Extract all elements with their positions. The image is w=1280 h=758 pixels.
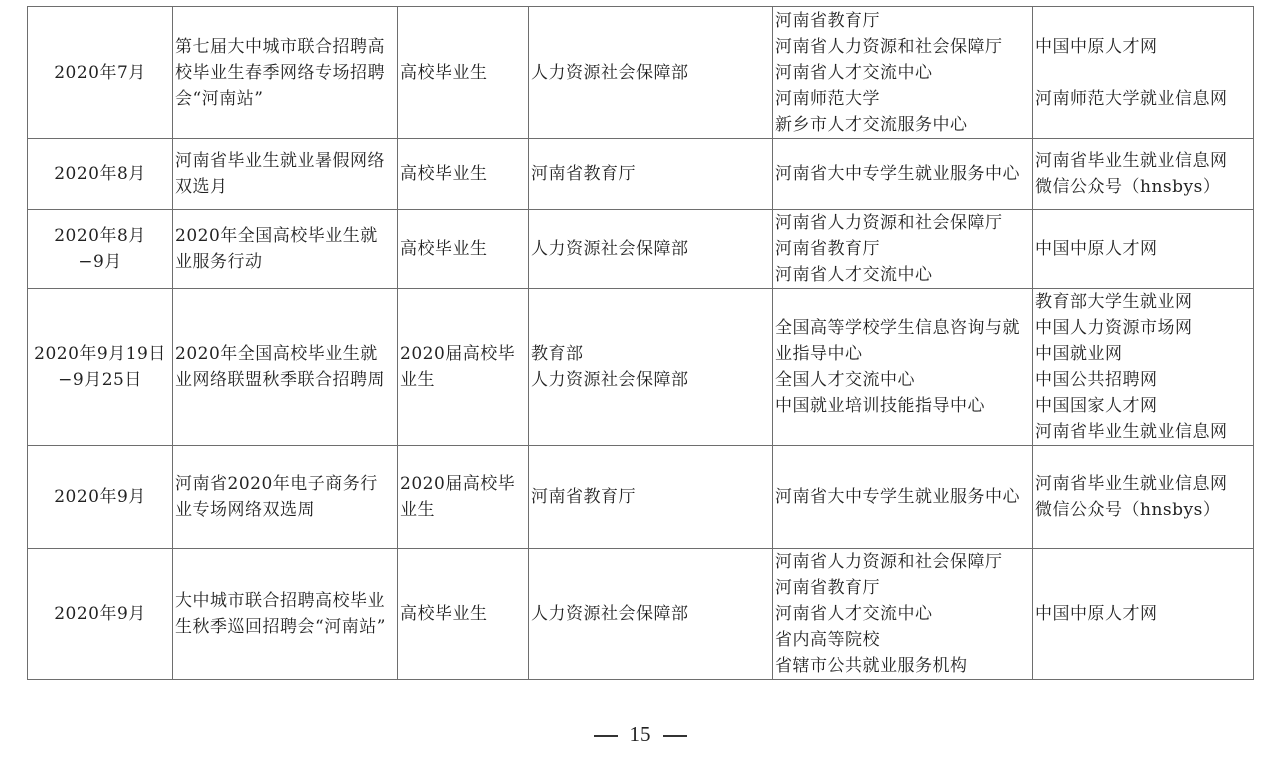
organizer-line: 河南省教育厅 — [531, 484, 770, 510]
platform-cell: 中国中原人才网 河南师范大学就业信息网 — [1033, 7, 1254, 139]
table-row: 2020年7月 第七届大中城市联合招聘高校毕业生春季网络专场招聘会“河南站” 高… — [28, 7, 1254, 139]
event-cell: 河南省2020年电子商务行业专场网络双选周 — [173, 446, 398, 549]
table-row: 2020年9月 大中城市联合招聘高校毕业生秋季巡回招聘会“河南站” 高校毕业生 … — [28, 549, 1254, 680]
table-row: 2020年8月 −9月 2020年全国高校毕业生就业服务行动 高校毕业生 人力资… — [28, 210, 1254, 289]
platform-line: 中国中原人才网 — [1035, 34, 1251, 60]
target-cell: 高校毕业生 — [398, 7, 529, 139]
target-cell: 2020届高校毕业生 — [398, 289, 529, 446]
undertaker-line: 河南省大中专学生就业服务中心 — [775, 484, 1030, 510]
date-line: 2020年8月 — [29, 223, 171, 249]
date-cell: 2020年9月19日 −9月25日 — [28, 289, 173, 446]
undertaker-line: 河南省人才交流中心 — [775, 60, 1030, 86]
platform-cell: 河南省毕业生就业信息网 微信公众号（hnsbys） — [1033, 139, 1254, 210]
date-line: 2020年8月 — [29, 161, 171, 187]
target-cell: 高校毕业生 — [398, 210, 529, 289]
organizer-line: 人力资源社会保障部 — [531, 236, 770, 262]
right-dash-decoration — [663, 735, 687, 737]
organizer-cell: 人力资源社会保障部 — [529, 7, 773, 139]
event-cell: 2020年全国高校毕业生就业服务行动 — [173, 210, 398, 289]
organizer-line: 教育部 — [531, 341, 770, 367]
undertaker-line: 河南省教育厅 — [775, 575, 1030, 601]
undertaker-cell: 河南省大中专学生就业服务中心 — [773, 139, 1033, 210]
platform-line: 中国就业网 — [1035, 341, 1251, 367]
page-number: 15 — [630, 722, 651, 746]
organizer-cell: 河南省教育厅 — [529, 446, 773, 549]
table-row: 2020年9月 河南省2020年电子商务行业专场网络双选周 2020届高校毕业生… — [28, 446, 1254, 549]
event-cell: 大中城市联合招聘高校毕业生秋季巡回招聘会“河南站” — [173, 549, 398, 680]
target-cell: 2020届高校毕业生 — [398, 446, 529, 549]
platform-cell: 中国中原人才网 — [1033, 549, 1254, 680]
recruitment-schedule-table: 2020年7月 第七届大中城市联合招聘高校毕业生春季网络专场招聘会“河南站” 高… — [27, 6, 1254, 680]
platform-line: 微信公众号（hnsbys） — [1035, 497, 1251, 523]
target-audience: 高校毕业生 — [400, 601, 526, 627]
platform-spacer — [1035, 60, 1251, 86]
target-audience: 高校毕业生 — [400, 60, 526, 86]
undertaker-line: 河南省教育厅 — [775, 236, 1030, 262]
event-cell: 河南省毕业生就业暑假网络双选月 — [173, 139, 398, 210]
platform-line: 河南师范大学就业信息网 — [1035, 86, 1251, 112]
date-line: −9月 — [29, 249, 171, 275]
undertaker-line: 河南省大中专学生就业服务中心 — [775, 161, 1030, 187]
undertaker-line: 河南省人才交流中心 — [775, 601, 1030, 627]
platform-cell: 中国中原人才网 — [1033, 210, 1254, 289]
event-name: 2020年全国高校毕业生就业服务行动 — [175, 223, 395, 275]
event-cell: 第七届大中城市联合招聘高校毕业生春季网络专场招聘会“河南站” — [173, 7, 398, 139]
undertaker-cell: 河南省人力资源和社会保障厅 河南省教育厅 河南省人才交流中心 省内高等院校 省辖… — [773, 549, 1033, 680]
platform-line: 河南省毕业生就业信息网 — [1035, 419, 1251, 445]
undertaker-line: 河南省教育厅 — [775, 8, 1030, 34]
organizer-line: 人力资源社会保障部 — [531, 601, 770, 627]
organizer-cell: 教育部 人力资源社会保障部 — [529, 289, 773, 446]
date-line: 2020年9月 — [29, 601, 171, 627]
date-cell: 2020年8月 −9月 — [28, 210, 173, 289]
platform-line: 中国人力资源市场网 — [1035, 315, 1251, 341]
platform-cell: 河南省毕业生就业信息网 微信公众号（hnsbys） — [1033, 446, 1254, 549]
date-line: 2020年9月 — [29, 484, 171, 510]
undertaker-line: 省辖市公共就业服务机构 — [775, 653, 1030, 679]
undertaker-line: 省内高等院校 — [775, 627, 1030, 653]
organizer-line: 人力资源社会保障部 — [531, 60, 770, 86]
date-cell: 2020年7月 — [28, 7, 173, 139]
undertaker-line: 中国就业培训技能指导中心 — [775, 393, 1030, 419]
target-audience: 高校毕业生 — [400, 236, 526, 262]
date-cell: 2020年9月 — [28, 446, 173, 549]
event-name: 第七届大中城市联合招聘高校毕业生春季网络专场招聘会“河南站” — [175, 34, 395, 112]
date-cell: 2020年8月 — [28, 139, 173, 210]
target-audience: 高校毕业生 — [400, 161, 526, 187]
date-cell: 2020年9月 — [28, 549, 173, 680]
undertaker-line: 河南师范大学 — [775, 86, 1030, 112]
target-audience: 2020届高校毕业生 — [400, 471, 526, 523]
undertaker-cell: 河南省大中专学生就业服务中心 — [773, 446, 1033, 549]
target-audience: 2020届高校毕业生 — [400, 341, 526, 393]
undertaker-line: 新乡市人才交流服务中心 — [775, 112, 1030, 138]
target-cell: 高校毕业生 — [398, 549, 529, 680]
undertaker-line: 河南省人才交流中心 — [775, 262, 1030, 288]
platform-line: 微信公众号（hnsbys） — [1035, 174, 1251, 200]
platform-line: 河南省毕业生就业信息网 — [1035, 471, 1251, 497]
date-line: 2020年9月19日 — [29, 341, 171, 367]
undertaker-line: 河南省人力资源和社会保障厅 — [775, 210, 1030, 236]
platform-line: 河南省毕业生就业信息网 — [1035, 148, 1251, 174]
event-name: 河南省2020年电子商务行业专场网络双选周 — [175, 471, 395, 523]
organizer-line: 河南省教育厅 — [531, 161, 770, 187]
date-line: 2020年7月 — [29, 60, 171, 86]
event-cell: 2020年全国高校毕业生就业网络联盟秋季联合招聘周 — [173, 289, 398, 446]
event-name: 河南省毕业生就业暑假网络双选月 — [175, 148, 395, 200]
left-dash-decoration — [594, 735, 618, 737]
platform-line: 中国公共招聘网 — [1035, 367, 1251, 393]
undertaker-line: 全国高等学校学生信息咨询与就业指导中心 — [775, 315, 1030, 367]
table-row: 2020年9月19日 −9月25日 2020年全国高校毕业生就业网络联盟秋季联合… — [28, 289, 1254, 446]
undertaker-line: 河南省人力资源和社会保障厅 — [775, 549, 1030, 575]
undertaker-line: 全国人才交流中心 — [775, 367, 1030, 393]
platform-line: 中国中原人才网 — [1035, 601, 1251, 627]
undertaker-cell: 河南省人力资源和社会保障厅 河南省教育厅 河南省人才交流中心 — [773, 210, 1033, 289]
organizer-cell: 人力资源社会保障部 — [529, 549, 773, 680]
organizer-line: 人力资源社会保障部 — [531, 367, 770, 393]
undertaker-line: 河南省人力资源和社会保障厅 — [775, 34, 1030, 60]
table-row: 2020年8月 河南省毕业生就业暑假网络双选月 高校毕业生 河南省教育厅 河南省… — [28, 139, 1254, 210]
undertaker-cell: 全国高等学校学生信息咨询与就业指导中心 全国人才交流中心 中国就业培训技能指导中… — [773, 289, 1033, 446]
date-line: −9月25日 — [29, 367, 171, 393]
organizer-cell: 河南省教育厅 — [529, 139, 773, 210]
target-cell: 高校毕业生 — [398, 139, 529, 210]
event-name: 大中城市联合招聘高校毕业生秋季巡回招聘会“河南站” — [175, 588, 395, 640]
platform-line: 中国中原人才网 — [1035, 236, 1251, 262]
platform-cell: 教育部大学生就业网 中国人力资源市场网 中国就业网 中国公共招聘网 中国国家人才… — [1033, 289, 1254, 446]
organizer-cell: 人力资源社会保障部 — [529, 210, 773, 289]
undertaker-cell: 河南省教育厅 河南省人力资源和社会保障厅 河南省人才交流中心 河南师范大学 新乡… — [773, 7, 1033, 139]
event-name: 2020年全国高校毕业生就业网络联盟秋季联合招聘周 — [175, 341, 395, 393]
platform-line: 教育部大学生就业网 — [1035, 289, 1251, 315]
page-footer: 15 — [0, 722, 1280, 747]
platform-line: 中国国家人才网 — [1035, 393, 1251, 419]
